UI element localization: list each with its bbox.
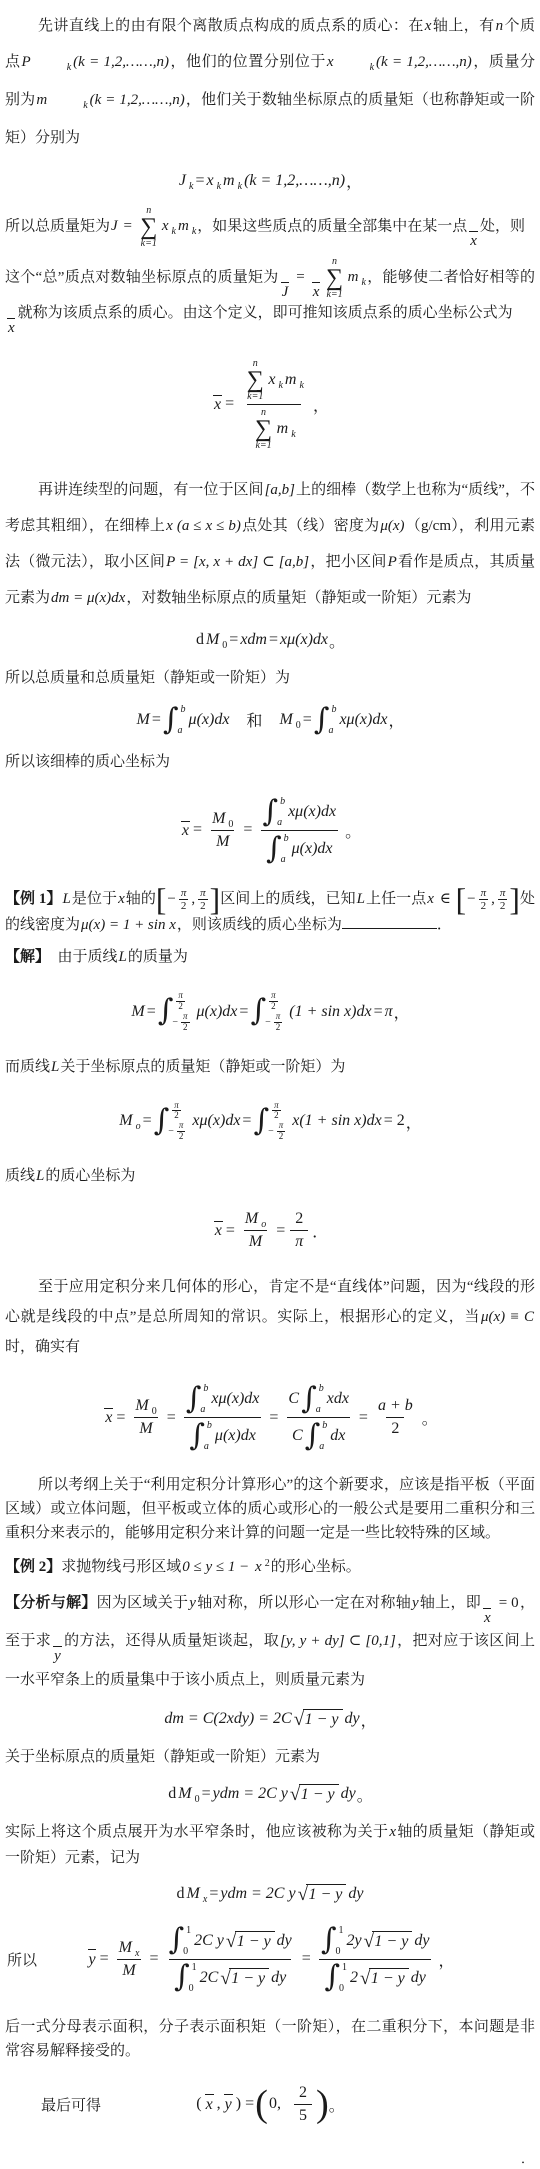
text-run: 所以该细棒的质心坐标为 [5,754,170,770]
bold-label: 【解】 [5,949,43,965]
math-run: (k = 1,2,……,n) [89,92,186,108]
integral: ∫π2−π2 [250,991,287,1033]
math-run: M [130,1003,145,1021]
small-fraction: π2 [269,991,278,1012]
sub-base: M [118,1112,133,1129]
paragraph: 【分析与解】因为区域关于y轴对称，所以形心一定在对称轴y轴上，即x = 0，至于… [5,1588,535,1695]
sub-script: 0 [295,720,302,731]
integral: ∫10 [321,1925,345,1957]
small-numerator: π [272,1101,281,1111]
denominator: C∫badx [287,1417,350,1452]
paragraph: 实际上将这个质点展开为水平窄条时，他应该被称为关于x轴的质量矩（静矩或一阶矩）元… [5,1819,535,1871]
radical-symbol: √ [360,1970,370,1989]
math-run: M [248,1233,263,1251]
sub-base: M [205,631,220,648]
subscripted-var: M0 [278,711,301,729]
bold-label: 【例 2】 [5,1559,61,1575]
text-run: 求抛物线弓形区域 [61,1559,181,1575]
math-run: (k = 1,2,……,n) [243,172,346,190]
integral-upper-bound: b [321,1420,328,1431]
math-run: 0 ≤ y ≤ 1 − [181,1559,254,1575]
integral-bounds: π2−π2 [170,1101,190,1143]
integral-upper-bound: 1 [341,1962,348,1973]
overline-var: x [214,1221,223,1240]
text-run: ， [346,169,362,192]
text-run: 时，确实有 [5,1339,80,1355]
integral-upper-bound: π2 [267,991,287,1012]
text-run: 后一式分母表示面积，分子表示面积矩（一阶矩），在二重积分下，本问题是非常容易解释… [5,2019,535,2059]
math-roman-run: = [358,1409,369,1427]
sub-base: M [118,1939,133,1956]
text-run: 区间上的质线，已知 [220,891,356,907]
math-roman-run: = [373,1003,384,1021]
math-roman-run: d [195,631,205,649]
radical-symbol: √ [298,1886,308,1905]
overline-base: y [88,1952,97,1969]
sub-script: x [134,1948,140,1959]
math-roman-run: = [241,1112,252,1130]
math-run: C [287,1390,300,1408]
text-run: 至于应用定积分来几何体的形心，肯定不是“直线体”问题，因为“线段的形心就是线段的… [5,1279,535,1325]
small-fraction: π2 [274,1012,283,1033]
math-run: b [279,796,286,807]
math-roman-run: d [167,1785,177,1803]
paragraph: 所以该细棒的质心坐标为 [5,749,535,775]
math-run: 1 − y [370,1970,406,1988]
square-root: √1 − y [298,1884,347,1904]
paragraph: 【解】 由于质线L的质量为 [5,944,535,970]
display-formula: M = ∫π2−π2μ(x)dx = ∫π2−π2(1 + sin x)dx =… [5,991,535,1033]
paragraph: 所以总质量和总质量矩（静矩或一阶矩）为 [5,665,535,691]
math-run: a [177,725,184,736]
text-run: 关于坐标原点的质量矩（静矩或一阶矩）元素为 [5,1749,320,1765]
subscripted-var: mk [284,371,305,389]
text-run: 最后可得 [41,2098,101,2114]
sigma-symbol: ∑ [255,418,272,440]
text-run: 的质量为 [128,949,188,965]
math-roman-run: 1 [341,1962,348,1973]
denominator: M [134,1417,157,1438]
math-run: 2C y [193,1932,225,1950]
integral-bounds: ba [283,833,290,865]
subscripted-var: xk [326,54,375,70]
math-roman-run: 1 [337,1925,344,1936]
integral: ∫π2−π2 [253,1101,290,1143]
subscripted-var: mk [276,420,297,438]
sup-script: 2 [264,1551,271,1577]
small-numerator: π [198,887,208,899]
sub-base: x [205,172,214,189]
math-run: b [206,1420,213,1431]
integral-lower-bound: 0 [334,1946,341,1957]
numerator: Mx [114,1939,145,1959]
math-roman-run: 1 [185,1925,192,1936]
math-run: L [62,891,72,907]
math-roman-run: − [171,1017,179,1028]
display-formula: M = ∫baμ(x)dx 和 M0 = ∫baxμ(x)dx， [5,704,535,736]
math-run: 2C [199,1969,220,1987]
formula-label: 所以 [7,1949,37,1970]
overline-var: x [213,395,222,414]
paragraph: 【例 1】L是位于x轴的[−π2,π2]区间上的质线，已知L上任一点x ∈ [−… [5,886,535,938]
integral-upper-bound: b [206,1420,213,1431]
math-roman-run: = [238,1003,249,1021]
math-run: L [50,1059,60,1075]
integral-bounds: ba [206,1420,213,1452]
numerator: M0 [207,810,238,830]
fraction: 2π [290,1210,308,1251]
integral-lower-bound: a [318,1441,325,1452]
math-run: 1 − y [373,1933,409,1951]
small-numerator: π [498,887,508,899]
sigma-symbol: ∑ [140,216,157,238]
math-run: 1 − y [300,1786,336,1804]
math-run: y [411,1595,420,1611]
formula-content: dM0 = xdm = xμ(x)dx。 [195,629,345,652]
integral: ∫ba [266,833,290,865]
paragraph: 关于坐标原点的质量矩（静矩或一阶矩）元素为 [5,1744,535,1770]
formula-content: M = ∫π2−π2μ(x)dx = ∫π2−π2(1 + sin x)dx =… [130,991,409,1033]
denominator: M [117,1959,140,1980]
math-run: x (a ≤ x ≤ b) [165,518,242,534]
bold-label: 【分析与解】 [5,1595,97,1611]
display-formula: 所以y = MxM = ∫102C y√1 − ydy∫102C √1 − yd… [5,1925,535,1994]
fraction: ∫baxμ(x)dx∫baμ(x)dx [257,796,341,865]
math-run: 1 − y [230,1970,266,1988]
text-run: 。 [329,629,345,652]
integral-upper-bound: b [202,1383,209,1394]
math-run: π [294,1233,304,1251]
numerator: 2 [290,1210,308,1230]
sum-lower-limit: k=1 [325,289,343,300]
denominator: M [244,1230,267,1251]
formula-content: M = ∫baμ(x)dx 和 M0 = ∫baxμ(x)dx， [136,704,405,736]
sub-script: k [298,380,304,391]
math-run: xμ(x)dx [210,1390,260,1408]
math-run: 2y [345,1932,362,1950]
math-roman-run: 0 [338,1983,345,1994]
math-run: x [388,1824,397,1840]
math-run: C [291,1427,304,1445]
small-fraction: π2 [498,887,508,912]
sub-script: k [290,429,296,440]
integral-upper-bound: π2 [270,1101,290,1122]
math-roman-run: = [201,1785,212,1803]
small-denominator: 2 [177,1131,186,1142]
text-run: ， [438,1948,454,1971]
math-run: 1 − y [236,1933,272,1951]
math-run: L [35,1168,45,1184]
subscripted-var: Mo [118,1112,141,1130]
math-run: [a,b] [264,482,296,498]
math-run: M [136,711,151,729]
math-run: xμ(x)dx [287,803,337,821]
small-fraction: π2 [272,1101,281,1122]
math-roman-run: − [466,891,476,907]
sub-base: M [186,1885,201,1902]
math-run: xdm [239,631,268,649]
math-run: dm = C(2xdy) = 2C [163,1710,292,1728]
summation: n∑k=1 [254,407,272,451]
math-run: μ(x)dx [188,711,231,729]
sub-script: k [191,219,197,245]
integral-bounds: ba [180,704,187,736]
sub-base: M [244,1210,259,1227]
sub-script: x [202,1894,208,1905]
square-root: √1 − y [290,1784,339,1804]
overline-base: y [53,1649,62,1665]
math-roman-run: 1 [191,1962,198,1973]
math-roman-run: ( [195,2095,202,2113]
sum-lower-limit: k=1 [140,238,158,249]
integral: ∫10 [168,1925,192,1957]
integral: ∫ba [189,1420,213,1452]
math-run: dy [344,1710,361,1728]
display-formula: x = M0M = ∫baxμ(x)dx∫baμ(x)dx = C∫baxdxC… [5,1383,535,1452]
fraction: MxM [114,1939,145,1980]
subscripted-var: mk [222,172,243,190]
text-run: 轴对称，所以形心一定在对称轴 [197,1595,411,1611]
math-run: π [384,1003,394,1021]
overline-base: x [483,1611,492,1627]
display-formula: dM0 = xdm = xμ(x)dx。 [5,629,535,652]
sum-lower-limit: k=1 [254,440,272,451]
sub-base: m [284,371,298,388]
text-run: ，他们的位置分别位于 [170,54,326,70]
math-run: n [495,18,505,34]
overline-var: y [224,2094,233,2113]
sub-script: k [216,181,222,192]
integral: ∫ba [301,1383,325,1415]
overline-base: x [213,397,222,414]
overline-var: x [205,2094,214,2113]
integral-lower-bound: 0 [338,1983,345,1994]
math-roman-run: = [208,1885,219,1903]
overline-base: x [312,285,321,301]
fraction: M0M [207,810,238,851]
sub-base: m [222,172,236,189]
integral-upper-bound: b [180,704,187,715]
integral-upper-bound: b [279,796,286,807]
paragraph: 质线L的质心坐标为 [5,1163,535,1189]
integral-lower-bound: −π2 [264,1012,284,1033]
overline-var: J [281,282,290,300]
integral-upper-bound: 1 [337,1925,344,1936]
radicand: 1 − y [235,1931,275,1951]
math-run: x(1 + sin x)dx [291,1112,382,1130]
square-root: √1 − y [360,1968,409,1988]
integral-upper-bound: π2 [174,991,194,1012]
integral: ∫π2−π2 [154,1101,191,1143]
math-run: ydm = 2C y [212,1785,289,1803]
overline-mark [483,1608,491,1609]
display-formula: dm = C(2xdy) = 2C√1 − ydy， [5,1708,535,1731]
text-run: ，如果这些质点的质量全部集中在某一点 [197,218,467,234]
fraction: C∫baxdxC∫badx [283,1383,354,1452]
math-run: μ(x) ≡ C [480,1309,535,1325]
integral: ∫π2−π2 [158,991,195,1033]
numerator: ∫102y√1 − ydy [316,1925,435,1959]
paragraph: 后一式分母表示面积，分子表示面积矩（一阶矩），在二重积分下，本问题是非常容易解释… [5,2015,535,2063]
sub-script: o [135,1121,142,1132]
text-run: ， [313,393,329,416]
sub-script: k [336,50,375,86]
math-run: dy [347,1885,364,1903]
radical-symbol: √ [290,1786,300,1805]
integral-upper-bound: 1 [185,1925,192,1936]
small-numerator: π [181,1012,190,1022]
square-root: √1 − y [294,1709,343,1729]
math-run: P = [x, x + dx] ⊂ [a,b] [165,554,310,570]
overline-var: x [7,318,16,336]
subscripted-var: Mx [118,1939,141,1957]
sub-base: M [211,810,226,827]
big-bracket: [ [156,887,167,912]
text-run: 轴上，有 [432,18,494,34]
subscripted-var: mk [35,92,88,108]
small-numerator: π [177,1121,186,1131]
numerator: ∫102C y√1 − ydy [163,1925,296,1959]
text-run: ． [312,1219,328,1242]
radical-symbol: √ [226,1933,236,1952]
text-run: ，能够使二者恰好相等的 [367,269,535,285]
subscripted-var: xk [267,371,284,389]
integral-lower-bound: a [177,725,184,736]
integral-lower-bound: a [203,1441,210,1452]
formula-content: dM0 = ydm = 2C y√1 − ydy。 [167,1783,372,1806]
math-run: dm = μ(x)dx [50,590,126,606]
math-roman-run: ∈ [435,891,456,907]
integral-lower-bound: a [276,817,283,828]
math-roman-run: 0, [268,2095,282,2113]
numerator: n∑k=1xkmk [239,358,309,404]
integral-bounds: ba [321,1420,328,1452]
display-formula: Jk = xkmk (k = 1,2,……,n)， [5,169,535,192]
sub-script: k [188,181,194,192]
text-run: ，则该质线的质心坐标为 [177,917,342,933]
sub-script: 0 [194,1794,201,1805]
integral-bounds: 10 [337,1925,344,1957]
math-roman-run: = [242,821,253,839]
math-roman-run: 0 [188,1983,195,1994]
math-run: a + b [377,1397,414,1415]
display-formula: Mo = ∫π2−π2xμ(x)dx = ∫π2−π2x(1 + sin x)d… [5,1101,535,1143]
math-roman-run: = [194,172,205,190]
paragraph: 所以考纲上关于“利用定积分计算形心”的这个新要求，应该是指平板（平面区域）或立体… [5,1473,535,1545]
text-run: ， [406,1110,422,1133]
math-roman-run: − [166,891,176,907]
math-run: dy [270,1969,287,1987]
subscripted-var: M0 [211,810,234,828]
text-run: ， [361,1708,377,1731]
paragraph: 而质线L关于坐标原点的质量矩（静矩或一阶矩）为 [5,1054,535,1080]
text-run: 轴上，即 [420,1595,481,1611]
math-roman-run: = [302,711,313,729]
overline-var: x [469,231,478,249]
math-roman-run: = [192,821,203,839]
overline-base: x [104,1410,113,1427]
text-run: 再讲连续型的问题，有一位于区间 [38,482,264,498]
math-run: dx [329,1427,346,1445]
integral: ∫ba [163,704,187,736]
math-run: J [110,218,119,234]
math-run: xdx [326,1390,350,1408]
formula-content: Mo = ∫π2−π2xμ(x)dx = ∫π2−π2x(1 + sin x)d… [118,1101,421,1143]
math-run: a [199,1404,206,1415]
formula-content: dMx = ydm = 2C y√1 − ydy [176,1884,365,1904]
math-roman-run: 2 [298,2084,308,2102]
sub-base: J [178,172,187,189]
math-run: L [118,949,128,965]
overline-var: y [88,1949,97,1968]
math-run: x [117,891,126,907]
integral-bounds: π2−π2 [267,991,287,1033]
subscripted-var: Pk [21,54,73,70]
subscripted-var: M0 [205,631,228,649]
math-roman-run: − [267,1126,275,1137]
sub-base: M [177,1785,192,1802]
integral: ∫10 [174,1962,198,1994]
text-run: 轴的 [126,891,156,907]
formula-content: (x,y) = (0,25)。 [195,2084,345,2125]
text-run: 是位于 [72,891,117,907]
small-denominator: 2 [274,1022,283,1033]
display-formula: dMx = ydm = 2C y√1 − ydy [5,1884,535,1904]
fraction: a + b2 [373,1397,418,1438]
math-roman-run: = [268,1409,279,1427]
radical-symbol: √ [364,1933,374,1952]
summation: n∑k=1 [140,205,158,249]
text-run: 就称为该质点系的质心。由这个定义，即可推知该质点系的质心坐标公式为 [18,305,513,321]
text-run: 质线 [5,1168,35,1184]
math-run: 1 − y [304,1711,340,1729]
subscripted-var: mk [177,218,197,234]
math-run: a [276,817,283,828]
subscripted-var: xk [161,218,177,234]
math-roman-run: , [190,891,196,907]
math-run: M [121,1962,136,1980]
integral-upper-bound: 1 [191,1962,198,1973]
math-run: M [138,1420,153,1438]
integral-bounds: ba [318,1383,325,1415]
math-roman-run: = 2 [383,1112,406,1130]
sub-base: x [267,371,276,388]
numerator: ∫baxμ(x)dx [257,796,341,830]
math-roman-run: = [99,1950,110,1968]
text-run: 处，则 [480,218,525,234]
math-run: xμ(x)dx [338,711,388,729]
subscripted-var: mk [347,269,367,285]
big-bracket: ( [255,2089,268,2120]
integral-upper-bound: b [283,833,290,844]
small-fraction: π2 [179,887,189,912]
integral-lower-bound: −π2 [267,1121,287,1142]
sub-base: m [177,218,190,234]
math-roman-run: = [166,1409,177,1427]
small-denominator: 2 [198,899,208,912]
integral-upper-bound: b [330,704,337,715]
paragraph: 至于应用定积分来几何体的形心，肯定不是“直线体”问题，因为“线段的形心就是线段的… [5,1272,535,1362]
math-run: a [280,854,287,865]
math-run: μ(x)dx [214,1427,257,1445]
text-run: 上任一点 [366,891,426,907]
integral: ∫ba [305,1420,329,1452]
math-run: μ(x)dx [291,840,334,858]
denominator: ∫baμ(x)dx [184,1417,261,1452]
display-formula: x = n∑k=1xkmkn∑k=1mk， [5,358,535,451]
math-run: (k = 1,2,……,n) [375,54,473,70]
math-run: 1 − y [307,1886,343,1904]
